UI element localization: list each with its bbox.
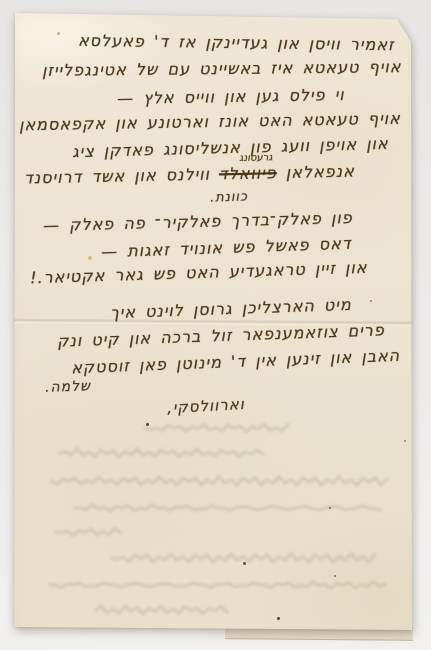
ink-bleed-line [112,554,375,562]
ink-bleed-line [96,606,227,614]
paper-speck [243,562,246,565]
paper-speck [404,440,406,442]
paper-speck [277,617,280,620]
ink-bleed-line [52,477,387,485]
paper-speck [88,256,92,260]
valediction: שלמה. [45,378,92,396]
paper-speck [57,32,60,35]
paper-speck [334,575,336,577]
correction-strikethrough-word: פיוואלד [219,163,277,183]
paper-speck [329,507,331,509]
ink-bleed-line [50,582,385,588]
correction-after-text: ווילנס און אשד דרויסנד [24,165,210,188]
correction-inserted-word: גרעסונג [239,152,273,165]
ink-bleed-line [75,505,380,511]
handwritten-line: אויף טעאטא איז באשיינט עם של אטינגפלייזן [41,57,401,80]
correction-before-text: אנפאלאן [286,162,355,182]
handwritten-line: וי פילס גען און ווייס אלץ — [117,85,345,108]
letter-photo: זאמיר וויסן און געדיינקן אז ד' פאעלסא או… [0,0,431,650]
paper-speck [370,300,372,302]
handwritten-line: כוונת. [210,189,248,206]
paper-speck [146,423,149,426]
paper-shadow-wrap: זאמיר וויסן און געדיינקן אז ד' פאעלסא או… [0,0,431,650]
ink-bleed-line [145,425,288,432]
letter-paper: זאמיר וויסן און געדיינקן אז ד' פאעלסא או… [0,0,431,650]
ink-bleed-line [60,449,263,457]
correction-group: גרעסונגפיוואלד [219,163,277,183]
ink-bleed-line [56,529,121,536]
